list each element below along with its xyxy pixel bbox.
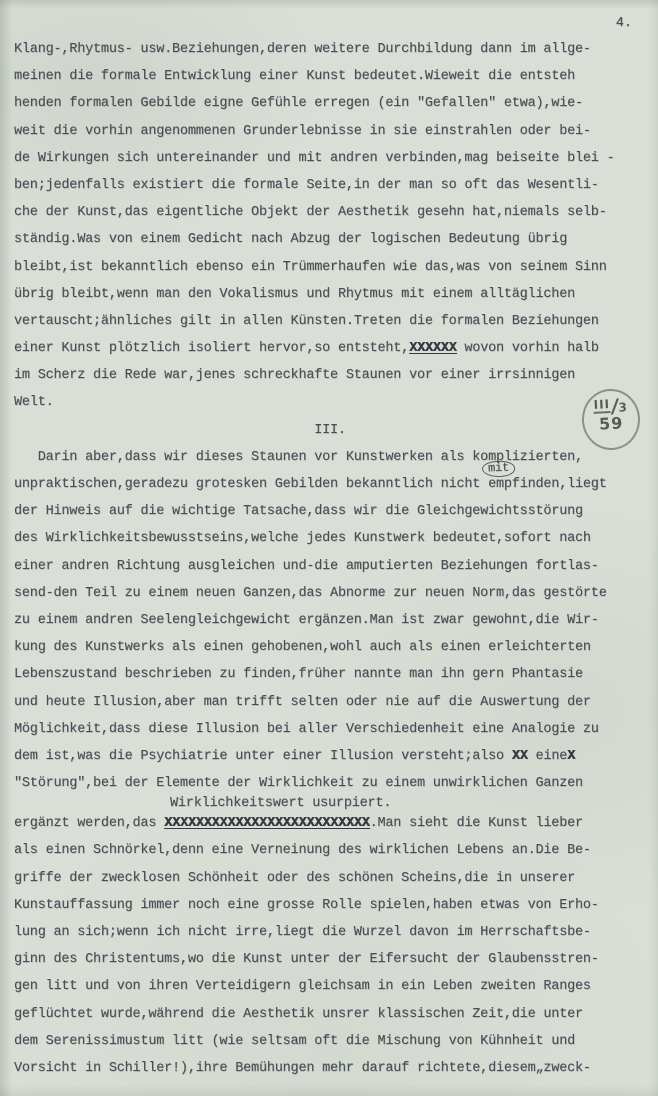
strikeout-text: X xyxy=(567,749,575,764)
typed-text: einer Kunst plötzlich isoliert hervor,so… xyxy=(14,341,409,356)
typed-text: dem ist,was die Psychiatrie unter einer … xyxy=(14,749,512,764)
typed-line: Darin aber,dass wir dieses Staunen vor K… xyxy=(14,444,646,471)
typed-text: ergänzt werden,das xyxy=(14,816,164,831)
typed-line: geflüchtet wurde,während die Aesthetik u… xyxy=(14,1001,646,1028)
typed-line: weit die vorhin angenommenen Grunderlebn… xyxy=(14,118,646,145)
typed-line: der Hinweis auf die wichtige Tatsache,da… xyxy=(14,498,646,525)
interline-insertion: Wirklichkeitswert usurpiert. xyxy=(14,797,646,810)
typed-line: ben;jedenfalls existiert die formale Sei… xyxy=(14,172,646,199)
typed-line: meinen die formale Entwicklung einer Kun… xyxy=(14,63,646,90)
typed-line: zu einem andren Seelengleichgewicht ergä… xyxy=(14,607,646,634)
typed-line: und heute Illusion,aber man trifft selte… xyxy=(14,689,646,716)
typed-line: Klang-,Rhytmus- usw.Beziehungen,deren we… xyxy=(14,36,646,63)
typed-line: kung des Kunstwerks als einen gehobenen,… xyxy=(14,634,646,661)
typed-line: unpraktischen,geradezu grotesken Gebilde… xyxy=(14,471,646,498)
typed-line: Vorsicht in Schiller!),ihre Bemühungen m… xyxy=(14,1055,646,1082)
stamp-sub-number: 3 xyxy=(618,401,627,413)
typed-line: Welt. xyxy=(14,389,646,416)
typed-line: übrig bleibt,wenn man den Vokalismus und… xyxy=(14,281,646,308)
typed-line: dem Serenissimustum litt (wie seltsam of… xyxy=(14,1028,646,1055)
stamp-numerator: III xyxy=(593,398,610,414)
strikeout-text: XXXXXX xyxy=(409,341,456,356)
typed-line: vertauscht;ähnliches gilt in allen Künst… xyxy=(14,308,646,335)
typed-line: lung an sich;wenn ich nicht irre,liegt d… xyxy=(14,919,646,946)
typed-text: empfinden,liegt xyxy=(488,477,607,492)
typed-line: "Störung",bei der Elemente der Wirklichk… xyxy=(14,770,646,797)
strikeout-text: XXXXXXXXXXXXXXXXXXXXXXXXXX xyxy=(164,816,369,831)
strikeout-text: XX xyxy=(512,749,528,764)
typed-line: als einen Schnörkel,denn eine Verneinung… xyxy=(14,837,646,864)
handwritten-insertion-mit: mit xyxy=(482,460,516,477)
stamp-slash: / xyxy=(611,398,619,414)
typed-line: einer Kunst plötzlich isoliert hervor,so… xyxy=(14,335,646,362)
document-page: 4. Klang-,Rhytmus- usw.Beziehungen,deren… xyxy=(0,0,658,1096)
typed-line: send-den Teil zu einem neuen Ganzen,das … xyxy=(14,580,646,607)
typed-line: bleibt,ist bekanntlich ebenso ein Trümme… xyxy=(14,254,646,281)
typed-text: .Man sieht die Kunst lieber xyxy=(370,816,583,831)
typed-text: unpraktischen,geradezu grotesken Gebilde… xyxy=(14,477,488,492)
typed-line: im Scherz die Rede war,jenes schreckhaft… xyxy=(14,362,646,389)
typed-line: che der Kunst,das eigentliche Objekt der… xyxy=(14,199,646,226)
typed-text: eine xyxy=(528,749,568,764)
typed-line: gen litt und von ihren Verteidigern glei… xyxy=(14,973,646,1000)
typed-text: wovon vorhin halb xyxy=(457,341,599,356)
typed-line: Kunstauffassung immer noch eine grosse R… xyxy=(14,892,646,919)
typed-line: des Wirklichkeitsbewusstseins,welche jed… xyxy=(14,525,646,552)
typed-line: henden formalen Gebilde eigne Gefühle er… xyxy=(14,90,646,117)
section-heading: III. xyxy=(14,417,646,444)
typed-line: Lebenszustand beschrieben zu finden,früh… xyxy=(14,661,646,688)
page-number: 4. xyxy=(616,16,632,31)
typed-text-block: Klang-,Rhytmus- usw.Beziehungen,deren we… xyxy=(14,36,646,1082)
typed-line: einer andren Richtung ausgleichen und-di… xyxy=(14,553,646,580)
typed-line: ergänzt werden,das XXXXXXXXXXXXXXXXXXXXX… xyxy=(14,810,646,837)
typed-line: dem ist,was die Psychiatrie unter einer … xyxy=(14,743,646,770)
typed-line: de Wirkungen sich untereinander und mit … xyxy=(14,145,646,172)
typed-line: Möglichkeit,dass diese Illusion bei alle… xyxy=(14,716,646,743)
typed-line: ständig.Was von einem Gedicht nach Abzug… xyxy=(14,226,646,253)
typed-line: ginn des Christentums,wo die Kunst unter… xyxy=(14,946,646,973)
typed-line: griffe der zwecklosen Schönheit oder des… xyxy=(14,865,646,892)
